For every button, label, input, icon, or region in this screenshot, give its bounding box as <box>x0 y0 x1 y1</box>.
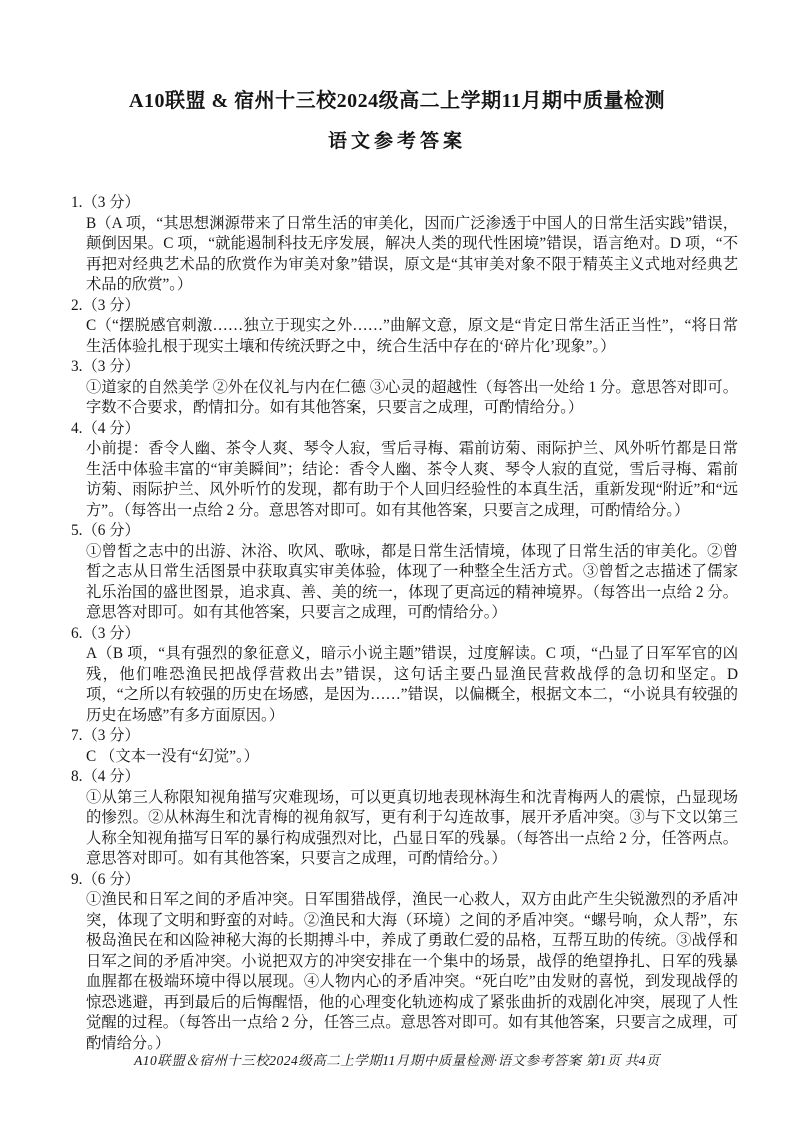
item-number: 9.（6 分） <box>71 870 738 891</box>
item-number: 6.（3 分） <box>71 624 738 645</box>
answer-item-9: 9.（6 分） ①渔民和日军之间的矛盾冲突。日军围猎战俘，渔民一心救人，双方由此… <box>71 870 738 1055</box>
item-answer-text: ①道家的自然美学 ②外在仪礼与内在仁德 ③心灵的超越性（每答出一处给 1 分。意… <box>86 378 738 419</box>
item-answer-text: B（A 项，“其思想渊源带来了日常生活的审美化，因而广泛渗透于中国人的日常生活实… <box>86 214 738 296</box>
item-number: 1.（3 分） <box>71 193 738 214</box>
item-number: 5.（6 分） <box>71 521 738 542</box>
exam-answer-page: A10联盟 & 宿州十三校2024级高二上学期11月期中质量检测 语文参考答案 … <box>0 0 794 1122</box>
answers-list: 1.（3 分） B（A 项，“其思想渊源带来了日常生活的审美化，因而广泛渗透于中… <box>71 193 738 1054</box>
page-footer: A10联盟＆宿州十三校2024级高二上学期11月期中质量检测·语文参考答案 第1… <box>0 1049 794 1069</box>
item-answer-text: A（B 项，“具有强烈的象征意义，暗示小说主题”错误，过度解读。C 项，“凸显了… <box>86 644 738 726</box>
answer-item-2: 2.（3 分） C（“摆脱感官刺激……独立于现实之外……”曲解文意，原文是“肯定… <box>71 296 738 358</box>
item-number: 7.（3 分） <box>71 726 738 747</box>
item-answer-text: ①从第三人称限知视角描写灾难现场，可以更真切地表现林海生和沈青梅两人的震惊，凸显… <box>86 788 738 870</box>
page-subtitle: 语文参考答案 <box>0 126 794 153</box>
item-answer-text: ①渔民和日军之间的矛盾冲突。日军围猎战俘，渔民一心救人，双方由此产生尖锐激烈的矛… <box>86 890 738 1054</box>
item-answer-text: ①曾皙之志中的出游、沐浴、吹风、歌咏，都是日常生活情境，体现了日常生活的审美化。… <box>86 542 738 624</box>
answer-item-6: 6.（3 分） A（B 项，“具有强烈的象征意义，暗示小说主题”错误，过度解读。… <box>71 624 738 727</box>
answer-item-7: 7.（3 分） C （文本一没有“幻觉”。） <box>71 726 738 767</box>
item-number: 2.（3 分） <box>71 296 738 317</box>
answer-item-5: 5.（6 分） ①曾皙之志中的出游、沐浴、吹风、歌咏，都是日常生活情境，体现了日… <box>71 521 738 624</box>
page-title: A10联盟 & 宿州十三校2024级高二上学期11月期中质量检测 <box>0 84 794 113</box>
item-answer-text: 小前提：香令人幽、茶令人爽、琴令人寂，雪后寻梅、霜前访菊、雨际护兰、风外听竹都是… <box>86 439 738 521</box>
item-number: 4.（4 分） <box>71 419 738 440</box>
answer-item-8: 8.（4 分） ①从第三人称限知视角描写灾难现场，可以更真切地表现林海生和沈青梅… <box>71 767 738 870</box>
item-number: 8.（4 分） <box>71 767 738 788</box>
item-answer-text: C（“摆脱感官刺激……独立于现实之外……”曲解文意，原文是“肯定日常生活正当性”… <box>86 316 738 357</box>
item-number: 3.（3 分） <box>71 357 738 378</box>
answer-item-1: 1.（3 分） B（A 项，“其思想渊源带来了日常生活的审美化，因而广泛渗透于中… <box>71 193 738 296</box>
answer-item-4: 4.（4 分） 小前提：香令人幽、茶令人爽、琴令人寂，雪后寻梅、霜前访菊、雨际护… <box>71 419 738 522</box>
answer-item-3: 3.（3 分） ①道家的自然美学 ②外在仪礼与内在仁德 ③心灵的超越性（每答出一… <box>71 357 738 419</box>
item-answer-text: C （文本一没有“幻觉”。） <box>86 747 738 768</box>
